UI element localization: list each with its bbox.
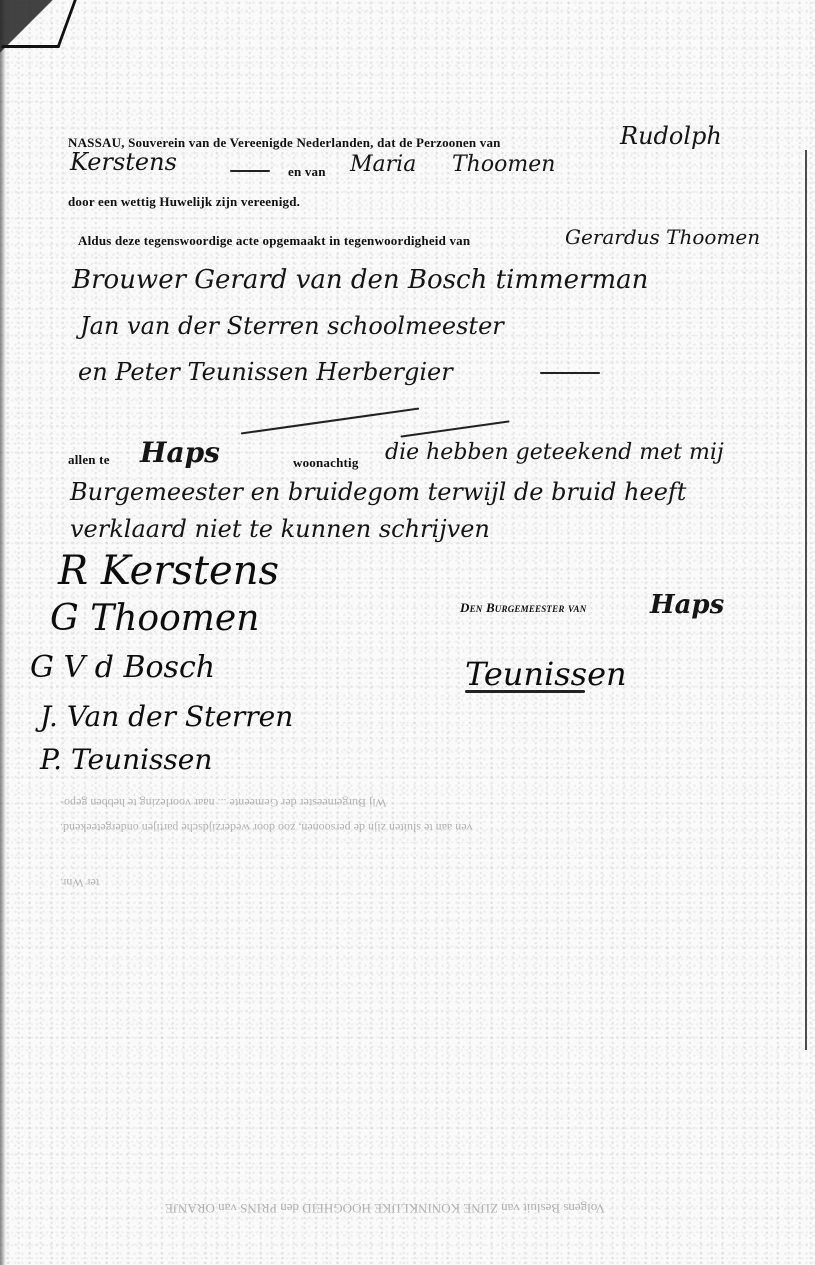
bride-first-name: Maria xyxy=(350,152,416,177)
printed-line-3: door een wettig Huwelijk zijn vereenigd. xyxy=(68,194,300,210)
document-page: NASSAU, Souverein van de Vereenigde Nede… xyxy=(0,0,815,1265)
signature-teunissen: P. Teunissen xyxy=(40,743,212,776)
printed-line-4: Aldus deze tegenswoordige acte opgemaakt… xyxy=(78,233,470,249)
printed-en-van: en van xyxy=(288,164,326,180)
bleed-through-line-3: ter Wnr. xyxy=(60,875,99,890)
bleed-through-footer: Volgens Besluit van ZIJNE KONINKLIJKE HO… xyxy=(165,1200,605,1216)
page-right-edge xyxy=(805,150,807,1050)
bleed-through-line-1: Wij Burgemeester der Gemeente ... naar v… xyxy=(60,795,387,810)
witnesses-line-1: Gerardus Thoomen xyxy=(565,225,760,249)
burgemeester-signature: Teunissen xyxy=(465,655,627,693)
page-edge-shadow xyxy=(0,0,6,1265)
printed-woonachtig: woonachtig xyxy=(293,455,359,471)
signature-thoomen: G Thoomen xyxy=(50,598,259,639)
printed-allen-te: allen te xyxy=(68,452,110,468)
groom-last-name: Kerstens xyxy=(70,148,177,176)
printed-burgemeester: Den Burgemeester van xyxy=(460,600,586,616)
bleed-through-line-2: ven aan te sluiten zijn de persoonen, zo… xyxy=(60,820,473,835)
remark-line-2: Burgemeester en bruidegom terwijl de bru… xyxy=(70,478,686,506)
signature-underline xyxy=(465,690,585,693)
bride-last-name: Thoomen xyxy=(452,152,555,177)
signature-van-der-sterren: J. Van der Sterren xyxy=(40,700,293,733)
burgemeester-label: Den Burgemeester van xyxy=(460,600,586,615)
fill-dash xyxy=(230,170,270,172)
fill-dash xyxy=(540,372,600,374)
flourish-stroke xyxy=(400,420,509,437)
groom-first-name: Rudolph xyxy=(620,122,722,150)
witnesses-line-4: en Peter Teunissen Herbergier xyxy=(78,358,453,386)
signature-kerstens: R Kerstens xyxy=(58,548,279,594)
witnesses-line-2: Brouwer Gerard van den Bosch timmerman xyxy=(72,265,648,295)
remark-line-3: verklaard niet te kunnen schrijven xyxy=(70,515,490,543)
signature-van-den-bosch: G V d Bosch xyxy=(30,650,215,685)
witnesses-line-3: Jan van der Sterren schoolmeester xyxy=(80,312,504,340)
remark-line-1: die hebben geteekend met mij xyxy=(385,440,724,465)
burgemeester-place: Haps xyxy=(650,590,724,620)
residence-place: Haps xyxy=(140,436,220,469)
flourish-stroke xyxy=(241,407,420,434)
